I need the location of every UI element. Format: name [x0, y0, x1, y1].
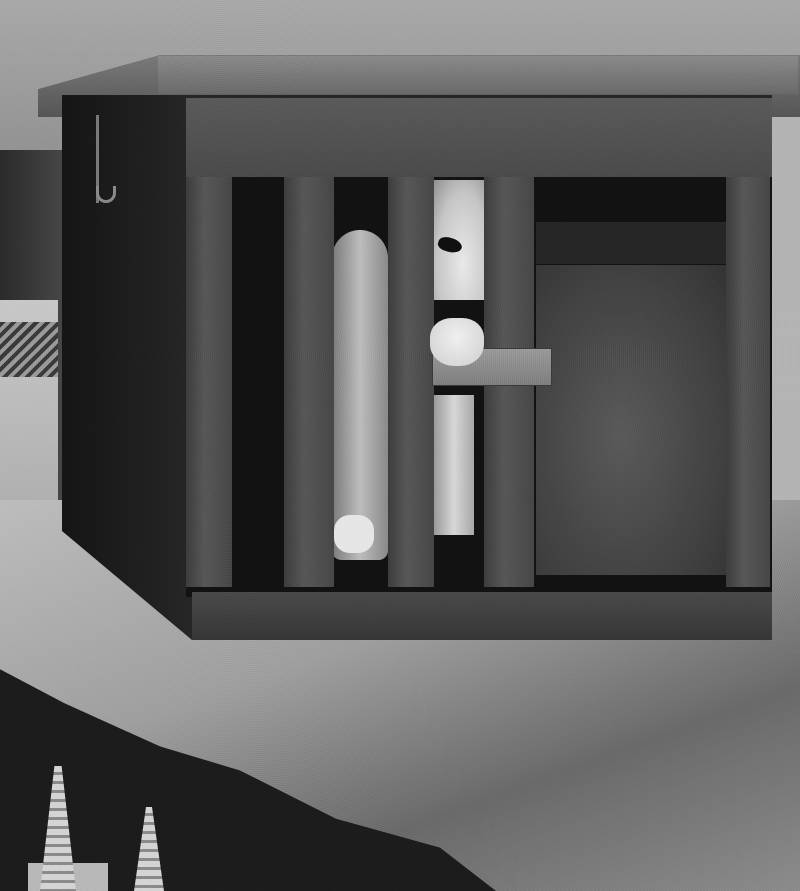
kitten-leg: [434, 395, 474, 535]
box-front-header-board: [186, 95, 772, 180]
box-lid-front-edge: [158, 56, 798, 94]
hook-icon: [96, 115, 119, 203]
left-object: [0, 300, 58, 505]
box-slat: [284, 177, 334, 587]
box-slat: [186, 177, 232, 587]
door-panel: [536, 265, 726, 575]
box-slat: [726, 177, 770, 587]
photo-scene: Kitten inside a wooden puzzle box peerin…: [0, 0, 800, 891]
striped-label: [0, 322, 58, 377]
kitten-body: [332, 230, 388, 560]
kitten-paw-lower: [334, 515, 374, 553]
box-base-board: [192, 592, 772, 640]
right-wall: [768, 60, 800, 560]
kitten-paw-on-latch: [430, 318, 484, 366]
box-slat: [388, 177, 434, 587]
door-frame-top: [536, 222, 726, 264]
